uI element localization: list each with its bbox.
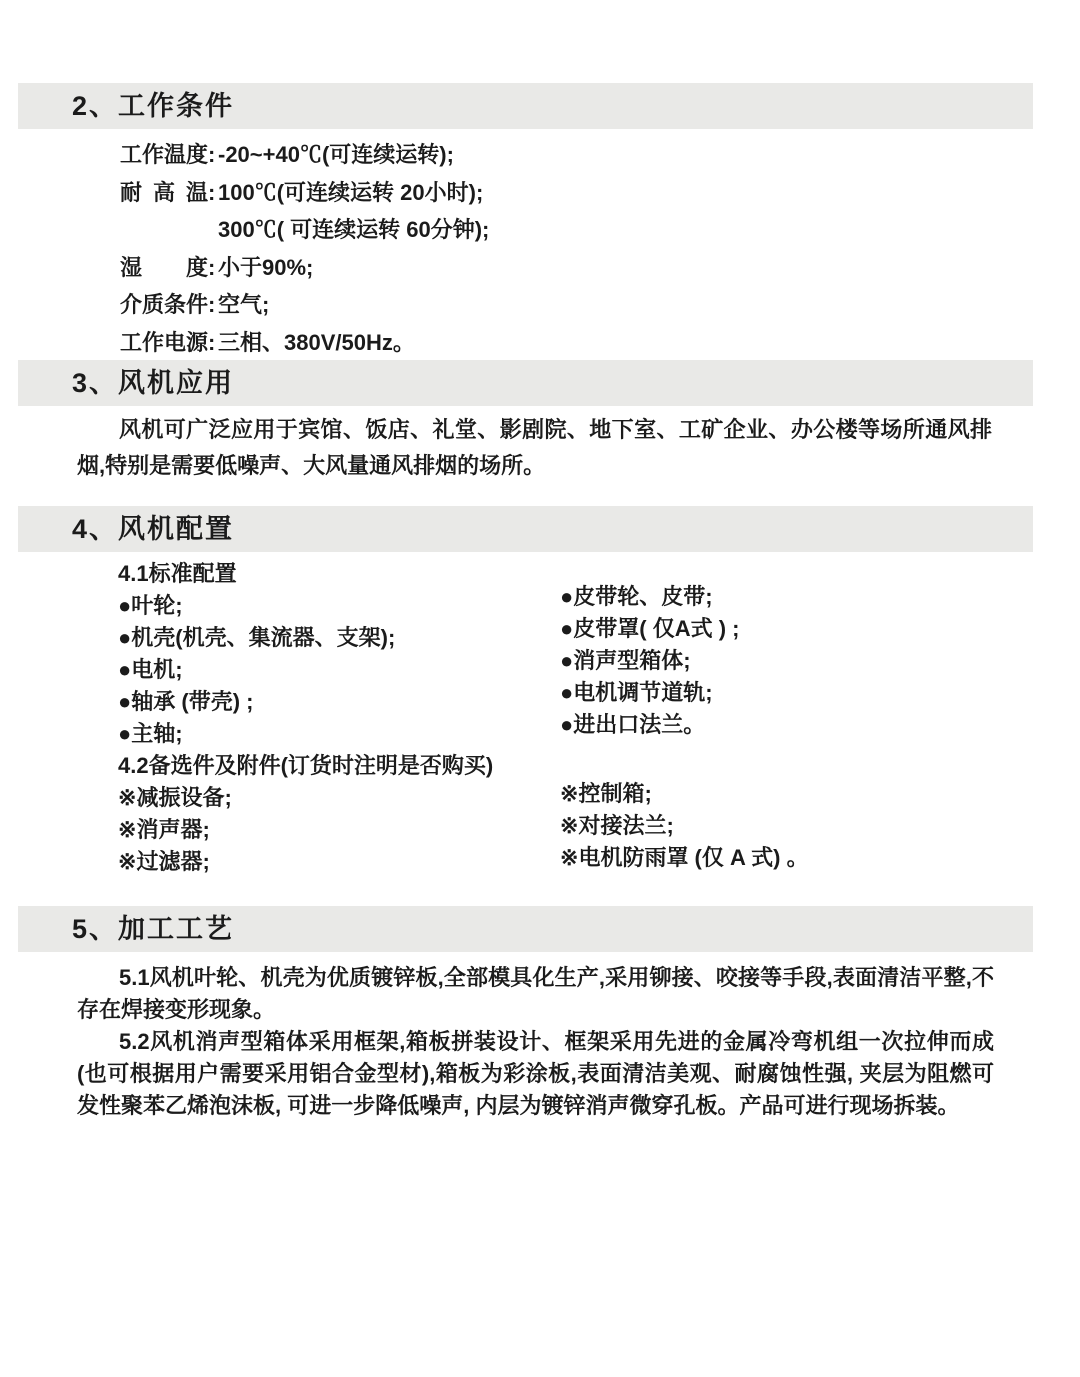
- list-item-text: 消声器;: [136, 817, 209, 842]
- condition-row: 介质条件:空气;: [120, 286, 489, 324]
- condition-separator: :: [208, 136, 218, 174]
- section-header-working-conditions: 2、工作条件: [18, 83, 1033, 129]
- condition-value: 100℃(可连续运转 20小时);: [218, 180, 483, 205]
- bullet-icon: ●: [118, 590, 131, 622]
- bullet-icon: ●: [118, 654, 131, 686]
- reference-mark-icon: ※: [560, 810, 578, 842]
- manual-page: 2、工作条件 工作温度:-20~+40℃(可连续运转); 耐高温:100℃(可连…: [0, 0, 1080, 1377]
- condition-row: 耐高温:100℃(可连续运转 20小时);: [120, 174, 489, 212]
- reference-mark-icon: ※: [118, 814, 136, 846]
- list-item-text: 过滤器;: [136, 849, 209, 874]
- condition-separator: :: [208, 324, 218, 362]
- bullet-icon: ●: [560, 677, 573, 709]
- condition-value: 小于90%;: [218, 255, 313, 280]
- bullet-icon: ●: [118, 686, 131, 718]
- condition-value: 三相、380V/50Hz。: [218, 330, 415, 355]
- list-item-text: 进出口法兰。: [573, 712, 705, 737]
- subsection-heading: 4.2备选件及附件(订货时注明是否购买): [118, 750, 493, 782]
- list-item: ※减振设备;: [118, 782, 493, 814]
- list-item-text: 4.2备选件及附件(订货时注明是否购买): [118, 753, 493, 778]
- list-item-text: 消声型箱体;: [573, 648, 690, 673]
- list-item: ●轴承 (带壳) ;: [118, 686, 493, 718]
- section-header-configuration: 4、风机配置: [18, 506, 1033, 552]
- condition-label: 耐高温: [120, 174, 208, 212]
- condition-row: 工作电源:三相、380V/50Hz。: [120, 324, 489, 362]
- list-item: ●叶轮;: [118, 590, 493, 622]
- subsection-heading: 4.1标准配置: [118, 558, 493, 590]
- section-header-process: 5、加工工艺: [18, 906, 1033, 952]
- configuration-left-column: 4.1标准配置 ●叶轮; ●机壳(机壳、集流器、支架); ●电机; ●轴承 (带…: [118, 558, 493, 878]
- list-item: ※消声器;: [118, 814, 493, 846]
- list-item-text: 4.1标准配置: [118, 561, 237, 586]
- working-conditions-list: 工作温度:-20~+40℃(可连续运转); 耐高温:100℃(可连续运转 20小…: [120, 136, 489, 361]
- process-paragraphs: 5.1风机叶轮、机壳为优质镀锌板,全部模具化生产,采用铆接、咬接等手段,表面清洁…: [77, 962, 994, 1122]
- application-paragraph: 风机可广泛应用于宾馆、饭店、礼堂、影剧院、地下室、工矿企业、办公楼等场所通风排烟…: [77, 412, 992, 484]
- list-item: ※过滤器;: [118, 846, 493, 878]
- list-item: ※电机防雨罩 (仅 A 式) 。: [560, 842, 809, 874]
- condition-label: 介质条件: [120, 286, 208, 324]
- condition-separator: :: [208, 174, 218, 212]
- list-item-text: 机壳(机壳、集流器、支架);: [131, 625, 395, 650]
- condition-row: 工作温度:-20~+40℃(可连续运转);: [120, 136, 489, 174]
- list-item: ●进出口法兰。: [560, 709, 809, 741]
- list-item-text: 电机调节道轨;: [573, 680, 712, 705]
- condition-row: 湿度:小于90%;: [120, 249, 489, 287]
- reference-mark-icon: ※: [560, 842, 578, 874]
- reference-mark-icon: ※: [118, 846, 136, 878]
- reference-mark-icon: ※: [560, 778, 578, 810]
- list-item: ●皮带轮、皮带;: [560, 581, 809, 613]
- section-title: 2、工作条件: [18, 83, 1033, 130]
- process-paragraph-5-1: 5.1风机叶轮、机壳为优质镀锌板,全部模具化生产,采用铆接、咬接等手段,表面清洁…: [77, 962, 994, 1026]
- list-item: ※对接法兰;: [560, 810, 809, 842]
- condition-value: 空气;: [218, 292, 269, 317]
- bullet-icon: ●: [560, 581, 573, 613]
- condition-label: 湿度: [120, 249, 208, 287]
- list-item: ●电机调节道轨;: [560, 677, 809, 709]
- bullet-icon: ●: [560, 613, 573, 645]
- list-item: ●机壳(机壳、集流器、支架);: [118, 622, 493, 654]
- list-item-text: 电机防雨罩 (仅 A 式) 。: [578, 845, 808, 870]
- list-item-text: 控制箱;: [578, 781, 651, 806]
- bullet-icon: ●: [118, 718, 131, 750]
- list-item-text: 皮带罩( 仅A式 ) ;: [573, 616, 739, 641]
- section-header-application: 3、风机应用: [18, 360, 1033, 406]
- bullet-icon: ●: [560, 709, 573, 741]
- list-item-text: 皮带轮、皮带;: [573, 584, 712, 609]
- list-item: ●皮带罩( 仅A式 ) ;: [560, 613, 809, 645]
- list-item: ●电机;: [118, 654, 493, 686]
- list-item: ●消声型箱体;: [560, 645, 809, 677]
- section-title: 5、加工工艺: [18, 906, 1033, 953]
- list-item-text: 主轴;: [131, 721, 182, 746]
- list-item-text: 叶轮;: [131, 593, 182, 618]
- reference-mark-icon: ※: [118, 782, 136, 814]
- list-item-text: 减振设备;: [136, 785, 231, 810]
- condition-separator: :: [208, 249, 218, 287]
- condition-label: 工作电源: [120, 324, 208, 362]
- list-item-text: 对接法兰;: [578, 813, 673, 838]
- bullet-icon: ●: [560, 645, 573, 677]
- section-title: 3、风机应用: [18, 360, 1033, 407]
- bullet-icon: ●: [118, 622, 131, 654]
- condition-row: 300℃( 可连续运转 60分钟);: [120, 211, 489, 249]
- list-item: ※控制箱;: [560, 778, 809, 810]
- section-title: 4、风机配置: [18, 506, 1033, 553]
- list-item-text: 轴承 (带壳) ;: [131, 689, 253, 714]
- process-paragraph-5-2: 5.2风机消声型箱体采用框架,箱板拼装设计、框架采用先进的金属冷弯机组一次拉伸而…: [77, 1026, 994, 1122]
- condition-value: -20~+40℃(可连续运转);: [218, 142, 454, 167]
- configuration-right-column: ●皮带轮、皮带; ●皮带罩( 仅A式 ) ; ●消声型箱体; ●电机调节道轨; …: [560, 581, 809, 874]
- condition-label: 工作温度: [120, 136, 208, 174]
- condition-separator: :: [208, 286, 218, 324]
- list-item-text: 电机;: [131, 657, 182, 682]
- list-item: ●主轴;: [118, 718, 493, 750]
- condition-value: 300℃( 可连续运转 60分钟);: [218, 217, 489, 242]
